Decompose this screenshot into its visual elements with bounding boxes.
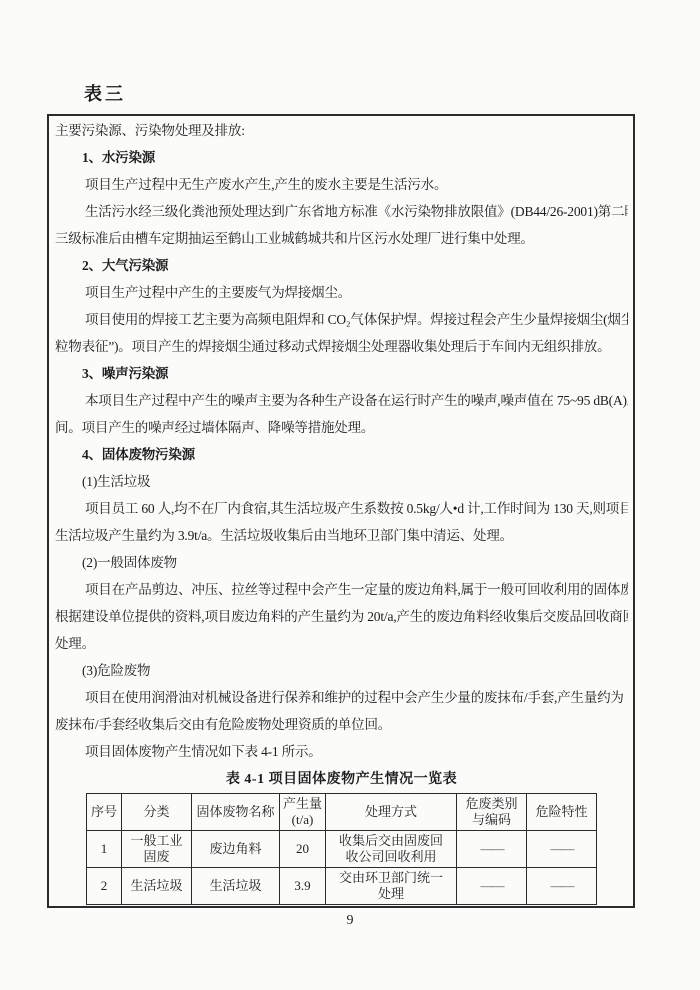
cell-category: 一般工业 固废 <box>122 831 192 868</box>
text-line: 项目生产过程中产生的主要废气为焊接烟尘。 <box>55 279 628 306</box>
table-caption: 表 4-1 项目固体废物产生情况一览表 <box>55 768 628 792</box>
text-line: 项目员工 60 人,均不在厂内食宿,其生活垃圾产生系数按 0.5kg/人•d 计… <box>55 495 628 522</box>
text-line: 处理。 <box>55 630 628 657</box>
header-cell-amount: 产生量 (t/a) <box>280 794 326 831</box>
text-line: 项目在使用润滑油对机械设备进行保养和维护的过程中会产生少量的废抹布/手套,产生量… <box>55 684 628 711</box>
cell-hazard-code: —— <box>457 831 527 868</box>
text-line: 废抹布/手套经收集后交由有危险废物处理资质的单位回。 <box>55 711 628 738</box>
heading-noise-pollution: 3、噪声污染源 <box>55 360 628 387</box>
header-cell-hazard-trait: 危险特性 <box>527 794 597 831</box>
cell-hazard-trait: —— <box>527 868 597 905</box>
page-number: 9 <box>0 908 700 934</box>
header-cell-hazard-code: 危废类别 与编码 <box>457 794 527 831</box>
cell-treatment: 交由环卫部门统一 处理 <box>326 868 457 905</box>
text-line: 三级标准后由槽车定期抽运至鹤山工业城鹤城共和片区污水处理厂进行集中处理。 <box>55 225 628 252</box>
cell-index: 2 <box>87 868 122 905</box>
cell-amount: 3.9 <box>280 868 326 905</box>
solid-waste-table: 序号 分类 固体废物名称 产生量 (t/a) 处理方式 危废类别 与编码 危险特… <box>86 793 597 905</box>
cell-hazard-code: —— <box>457 868 527 905</box>
cell-waste-name: 生活垃圾 <box>192 868 280 905</box>
cell-waste-name: 废边角料 <box>192 831 280 868</box>
cell-amount: 20 <box>280 831 326 868</box>
text-line: 根据建设单位提供的资料,项目废边角料的产生量约为 20t/a,产生的废边角料经收… <box>55 603 628 630</box>
text-line: 粒物表征”)。项目产生的焊接烟尘通过移动式焊接烟尘处理器收集处理后于车间内无组织… <box>55 333 628 360</box>
text-line: 本项目生产过程中产生的噪声主要为各种生产设备在运行时产生的噪声,噪声值在 75~… <box>55 387 628 414</box>
text-line: 项目使用的焊接工艺主要为高频电阻焊和 CO₂气体保护焊。焊接过程会产生少量焊接烟… <box>55 306 628 333</box>
header-cell-category: 分类 <box>122 794 192 831</box>
page-label: 表三 <box>84 80 126 106</box>
scanned-report-page: { "page": { "label": "表三", "number": "9"… <box>0 0 700 990</box>
header-cell-treatment: 处理方式 <box>326 794 457 831</box>
header-cell-index: 序号 <box>87 794 122 831</box>
cell-index: 1 <box>87 831 122 868</box>
section-title: 主要污染源、污染物处理及排放: <box>55 117 628 144</box>
subheading-domestic-waste: (1)生活垃圾 <box>55 468 628 495</box>
table-header-row: 序号 分类 固体废物名称 产生量 (t/a) 处理方式 危废类别 与编码 危险特… <box>87 794 597 831</box>
heading-air-pollution: 2、大气污染源 <box>55 252 628 279</box>
text-line: 生活污水经三级化粪池预处理达到广东省地方标准《水污染物排放限值》(DB44/26… <box>55 198 628 225</box>
cell-treatment: 收集后交由固废回 收公司回收利用 <box>326 831 457 868</box>
cell-hazard-trait: —— <box>527 831 597 868</box>
heading-solid-waste: 4、固体废物污染源 <box>55 441 628 468</box>
heading-water-pollution: 1、水污染源 <box>55 144 628 171</box>
content-box: 主要污染源、污染物处理及排放: 1、水污染源 项目生产过程中无生产废水产生,产生… <box>47 114 635 908</box>
subheading-hazardous-waste: (3)危险废物 <box>55 657 628 684</box>
table-row: 1 一般工业 固废 废边角料 20 收集后交由固废回 收公司回收利用 —— —— <box>87 831 597 868</box>
text-line: 生活垃圾产生量约为 3.9t/a。生活垃圾收集后由当地环卫部门集中清运、处理。 <box>55 522 628 549</box>
text-line: 间。项目产生的噪声经过墙体隔声、降噪等措施处理。 <box>55 414 628 441</box>
text-line: 项目在产品剪边、冲压、拉丝等过程中会产生一定量的废边角料,属于一般可回收利用的固… <box>55 576 628 603</box>
cell-category: 生活垃圾 <box>122 868 192 905</box>
text-line: 项目生产过程中无生产废水产生,产生的废水主要是生活污水。 <box>55 171 628 198</box>
text-line: 项目固体废物产生情况如下表 4-1 所示。 <box>55 738 628 765</box>
header-cell-waste-name: 固体废物名称 <box>192 794 280 831</box>
subheading-general-solid-waste: (2)一般固体废物 <box>55 549 628 576</box>
table-row: 2 生活垃圾 生活垃圾 3.9 交由环卫部门统一 处理 —— —— <box>87 868 597 905</box>
